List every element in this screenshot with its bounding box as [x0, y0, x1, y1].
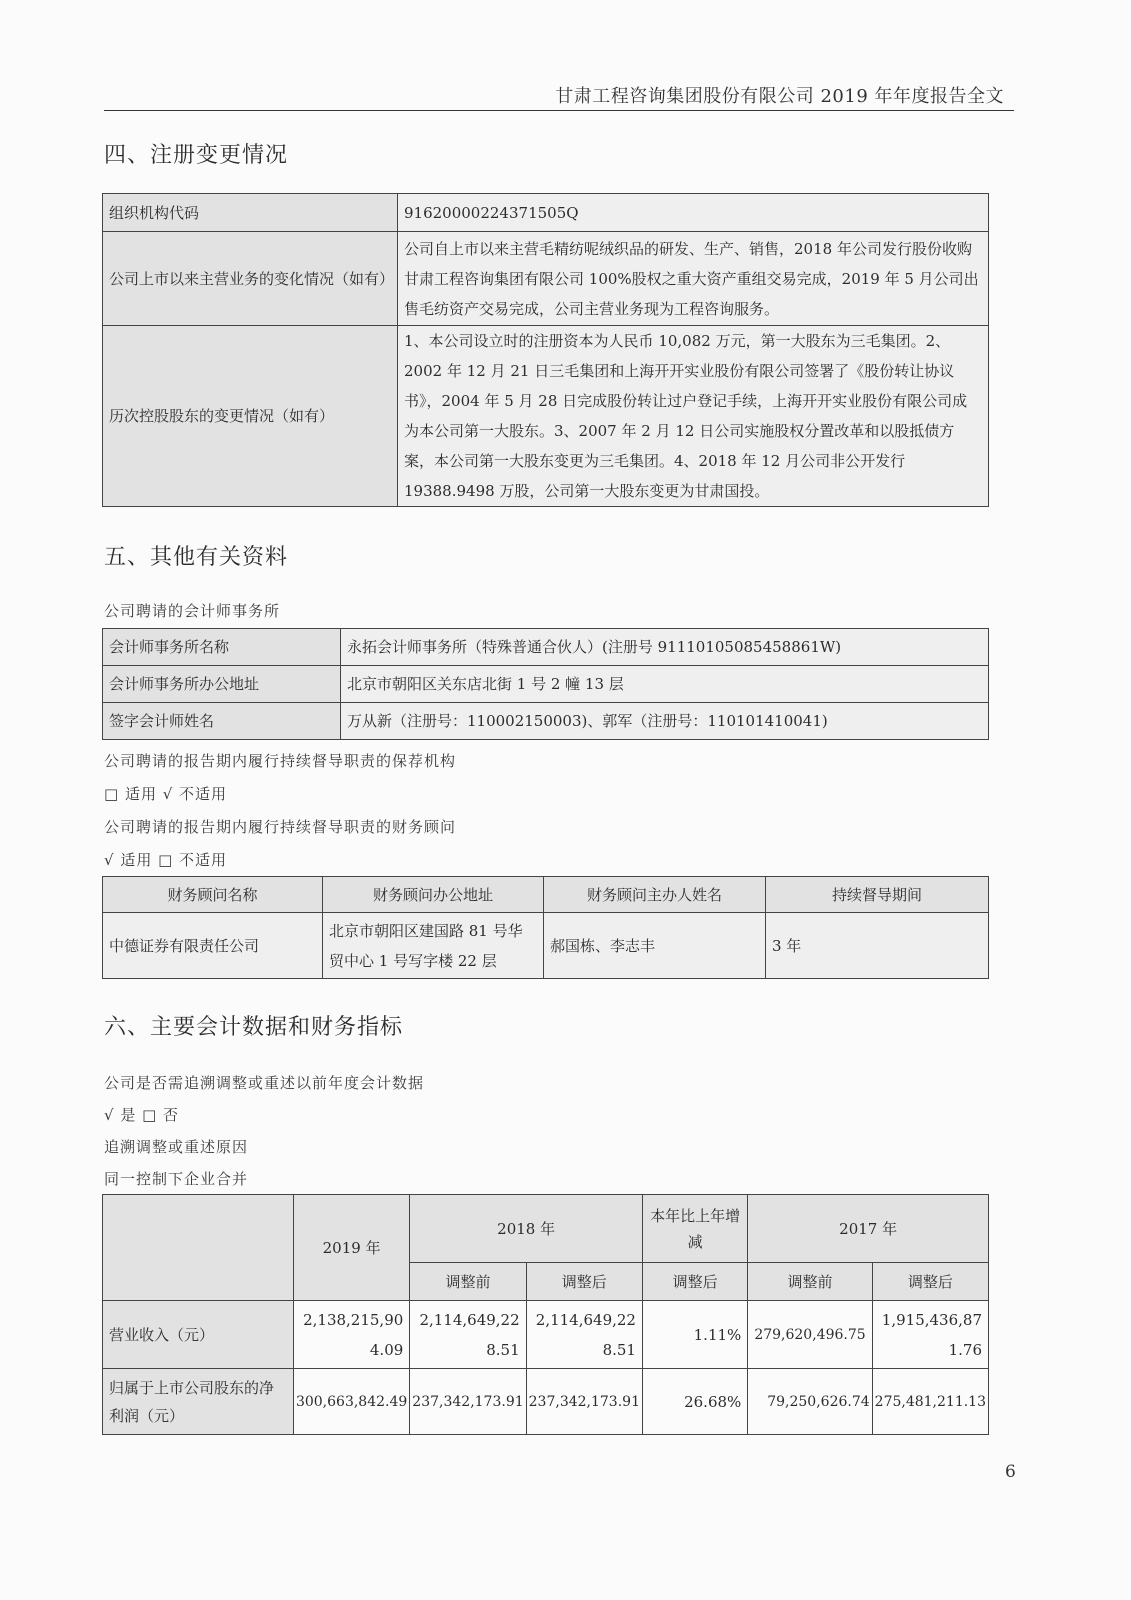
page-number: 6	[1005, 1462, 1016, 1482]
auditor-name-label: 会计师事务所名称	[103, 629, 341, 666]
key-financial-data-table: 2019 年 2018 年 本年比上年增减 2017 年 调整前 调整后 调整后…	[102, 1194, 989, 1435]
advisor-caption: 公司聘请的报告期内履行持续督导职责的财务顾问	[104, 816, 456, 837]
auditor-caption: 公司聘请的会计师事务所	[104, 600, 280, 621]
col-2018-before: 调整前	[410, 1263, 526, 1301]
table-row: 公司上市以来主营业务的变化情况（如有） 公司自上市以来主营毛精纺呢绒织品的研发、…	[103, 232, 989, 326]
business-change-value: 公司自上市以来主营毛精纺呢绒织品的研发、生产、销售，2018 年公司发行股份收购…	[398, 232, 989, 326]
net-profit-2017-before: 79,250,626.74	[748, 1369, 872, 1435]
net-profit-2018-before: 237,342,173.91	[410, 1369, 526, 1435]
revenue-2019: 2,138,215,904.09	[293, 1301, 409, 1369]
table-row: 归属于上市公司股东的净利润（元） 300,663,842.49 237,342,…	[103, 1369, 989, 1435]
advisor-name: 中德证券有限责任公司	[103, 913, 323, 979]
advisor-address: 北京市朝阳区建国路 81 号华贸中心 1 号写字楼 22 层	[323, 913, 544, 979]
net-profit-change: 26.68%	[642, 1369, 747, 1435]
auditor-name-value: 永拓会计师事务所（特殊普通合伙人）(注册号 91110105085458861W…	[341, 629, 989, 666]
sponsor-caption: 公司聘请的报告期内履行持续督导职责的保荐机构	[104, 750, 456, 771]
table-row: 签字会计师姓名 万从新（注册号：110002150003)、郭军（注册号：110…	[103, 703, 989, 740]
sponsor-option: □ 适用 √ 不适用	[104, 783, 227, 804]
revenue-2018-after: 2,114,649,228.51	[526, 1301, 642, 1369]
col-2017-before: 调整前	[748, 1263, 872, 1301]
col-2019: 2019 年	[293, 1195, 409, 1301]
revenue-2018-before: 2,114,649,228.51	[410, 1301, 526, 1369]
registration-change-table: 组织机构代码 91620000224371505Q 公司上市以来主营业务的变化情…	[102, 193, 989, 507]
org-code-value: 91620000224371505Q	[398, 194, 989, 232]
restatement-question: 公司是否需追溯调整或重述以前年度会计数据	[104, 1072, 424, 1093]
revenue-change: 1.11%	[642, 1301, 747, 1369]
shareholder-change-value: 1、本公司设立时的注册资本为人民币 10,082 万元，第一大股东为三毛集团。2…	[398, 326, 989, 507]
table-row: 中德证券有限责任公司 北京市朝阳区建国路 81 号华贸中心 1 号写字楼 22 …	[103, 913, 989, 979]
report-title: 甘肃工程咨询集团股份有限公司 2019 年年度报告全文	[555, 82, 1004, 108]
col-supervision-period: 持续督导期间	[766, 877, 989, 913]
org-code-label: 组织机构代码	[103, 194, 398, 232]
col-change-after: 调整后	[642, 1263, 747, 1301]
table-row: 会计师事务所办公地址 北京市朝阳区关东店北街 1 号 2 幢 13 层	[103, 666, 989, 703]
revenue-2017-after: 1,915,436,871.76	[872, 1301, 988, 1369]
col-2017-after: 调整后	[872, 1263, 988, 1301]
section-6-heading: 六、主要会计数据和财务指标	[104, 1010, 403, 1041]
table-header-row: 2019 年 2018 年 本年比上年增减 2017 年	[103, 1195, 989, 1263]
net-profit-2017-after: 275,481,211.13	[872, 1369, 988, 1435]
supervision-period: 3 年	[766, 913, 989, 979]
row-label: 归属于上市公司股东的净利润（元）	[103, 1369, 294, 1435]
auditor-table: 会计师事务所名称 永拓会计师事务所（特殊普通合伙人）(注册号 911101050…	[102, 628, 989, 740]
auditor-address-value: 北京市朝阳区关东店北街 1 号 2 幢 13 层	[341, 666, 989, 703]
col-2017: 2017 年	[748, 1195, 989, 1263]
restatement-reason: 同一控制下企业合并	[104, 1168, 248, 1189]
table-row: 组织机构代码 91620000224371505Q	[103, 194, 989, 232]
shareholder-change-label: 历次控股股东的变更情况（如有）	[103, 326, 398, 507]
net-profit-2019: 300,663,842.49	[293, 1369, 409, 1435]
col-advisor-address: 财务顾问办公地址	[323, 877, 544, 913]
col-change: 本年比上年增减	[642, 1195, 747, 1263]
empty-header-cell	[103, 1195, 294, 1301]
financial-advisor-table: 财务顾问名称 财务顾问办公地址 财务顾问主办人姓名 持续督导期间 中德证券有限责…	[102, 876, 989, 979]
section-5-heading: 五、其他有关资料	[104, 540, 288, 571]
col-2018: 2018 年	[410, 1195, 643, 1263]
signing-accountant-label: 签字会计师姓名	[103, 703, 341, 740]
table-row: 历次控股股东的变更情况（如有） 1、本公司设立时的注册资本为人民币 10,082…	[103, 326, 989, 507]
signing-accountant-value: 万从新（注册号：110002150003)、郭军（注册号：11010141004…	[341, 703, 989, 740]
restatement-reason-label: 追溯调整或重述原因	[104, 1136, 248, 1157]
row-label: 营业收入（元）	[103, 1301, 294, 1369]
table-row: 营业收入（元） 2,138,215,904.09 2,114,649,228.5…	[103, 1301, 989, 1369]
section-4-heading: 四、注册变更情况	[104, 138, 288, 169]
auditor-address-label: 会计师事务所办公地址	[103, 666, 341, 703]
advisor-sponsor: 郝国栋、李志丰	[544, 913, 766, 979]
col-advisor-name: 财务顾问名称	[103, 877, 323, 913]
advisor-option: √ 适用 □ 不适用	[104, 849, 227, 870]
col-advisor-sponsor: 财务顾问主办人姓名	[544, 877, 766, 913]
net-profit-2018-after: 237,342,173.91	[526, 1369, 642, 1435]
business-change-label: 公司上市以来主营业务的变化情况（如有）	[103, 232, 398, 326]
table-row: 会计师事务所名称 永拓会计师事务所（特殊普通合伙人）(注册号 911101050…	[103, 629, 989, 666]
table-header-row: 财务顾问名称 财务顾问办公地址 财务顾问主办人姓名 持续督导期间	[103, 877, 989, 913]
page-header: 甘肃工程咨询集团股份有限公司 2019 年年度报告全文	[104, 80, 1014, 111]
col-2018-after: 调整后	[526, 1263, 642, 1301]
revenue-2017-before: 279,620,496.75	[748, 1301, 872, 1369]
restatement-option: √ 是 □ 否	[104, 1104, 179, 1125]
